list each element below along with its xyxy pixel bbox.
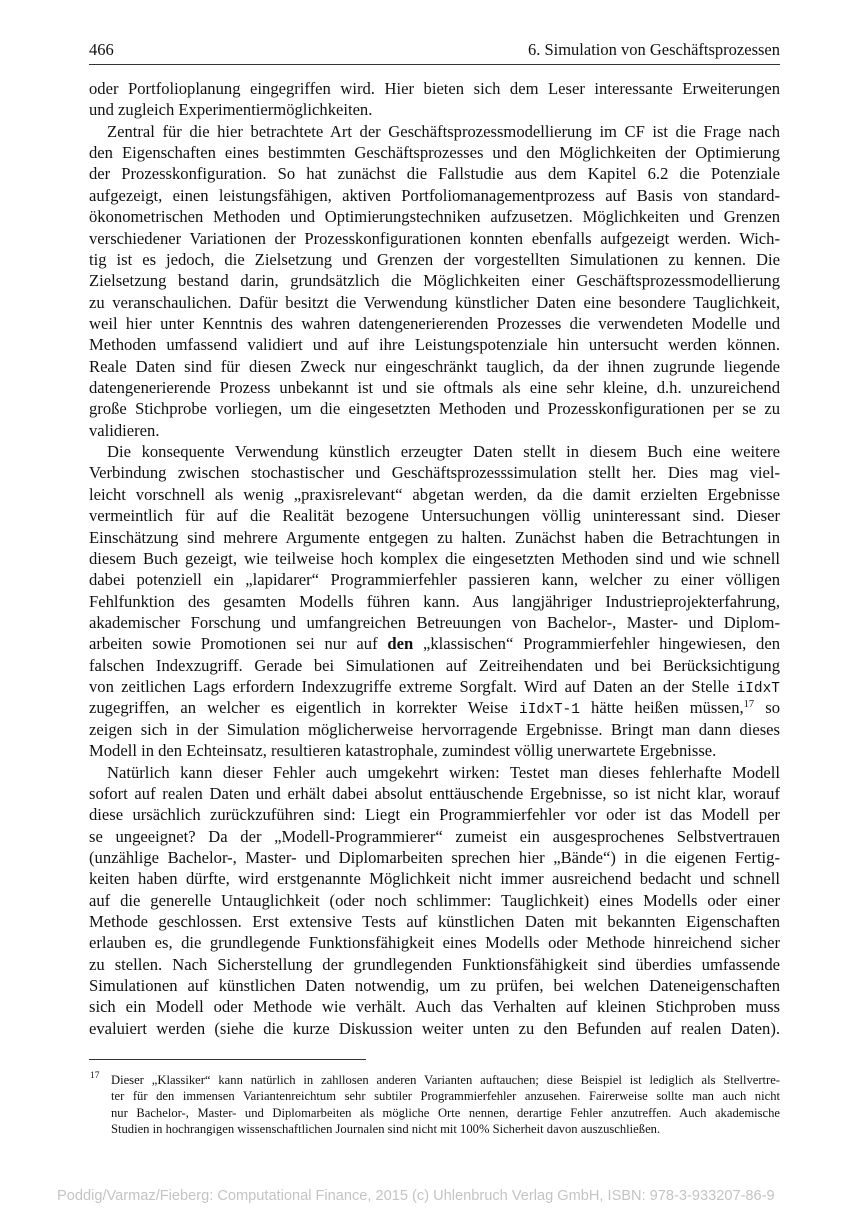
code-identifier: iIdxT bbox=[736, 681, 780, 697]
text-line: Natürlich kann dieser Fehler auch umgeke… bbox=[89, 762, 780, 783]
text-span: hätte heißen müssen, bbox=[580, 698, 744, 717]
text-line: diese ursächlich zurückzuführen sind: Li… bbox=[89, 804, 780, 825]
header-rule bbox=[89, 64, 780, 65]
text-line: sich ein Modell oder Methode wie verhält… bbox=[89, 996, 780, 1017]
footnote-line: ter für den immensen Variantenreichtum s… bbox=[111, 1088, 780, 1104]
text-line: oder Portfolioplanung eingegriffen wird.… bbox=[89, 78, 780, 99]
copyright-watermark: Poddig/Varmaz/Fieberg: Computational Fin… bbox=[57, 1188, 775, 1204]
book-page: 466 6. Simulation von Geschäftsprozessen… bbox=[0, 0, 867, 1227]
text-line: sofort auf realen Daten und erhält dabei… bbox=[89, 783, 780, 804]
text-line: tig ist es jedoch, die Zielsetzung und G… bbox=[89, 249, 780, 270]
text-line: validieren. bbox=[89, 420, 780, 441]
footnote-marker: 17 bbox=[90, 1071, 100, 1081]
text-line: weil hier unter Kenntnis des wahren date… bbox=[89, 313, 780, 334]
text-line: ökonometrischen Methoden und Optimierung… bbox=[89, 206, 780, 227]
text-line: Fehlfunktion des gesamten Modells führen… bbox=[89, 591, 780, 612]
text-line: erlauben es, die grundlegende Funktionsf… bbox=[89, 932, 780, 953]
text-line: akademischer Forschung und umfangreichen… bbox=[89, 612, 780, 633]
text-line: falschen Indexzugriff. Gerade bei Simula… bbox=[89, 655, 780, 676]
text-line: zeigen sich in der Simulation möglicherw… bbox=[89, 719, 780, 740]
text-span: von zeitlichen Lags erfordern Indexzugri… bbox=[89, 677, 736, 696]
text-line: und zugleich Experimentiermöglichkeiten. bbox=[89, 99, 780, 120]
text-line: verschiedener Variationen der Prozesskon… bbox=[89, 228, 780, 249]
text-line: datengenerierende Prozess unbekannt ist … bbox=[89, 377, 780, 398]
text-line: se ungeeignet? Da der „Modell-Programmie… bbox=[89, 826, 780, 847]
page-number: 466 bbox=[89, 40, 114, 60]
footnote-line: nur Bachelor-, Master- und Diplomarbeite… bbox=[111, 1105, 780, 1121]
text-line: Methoden umfassend validiert und auf ihr… bbox=[89, 334, 780, 355]
text-line: Zentral für die hier betrachtete Art der… bbox=[89, 121, 780, 142]
text-line: Modell in den Echteinsatz, resultieren k… bbox=[89, 740, 780, 761]
text-line: Methode geschlossen. Erst extensive Test… bbox=[89, 911, 780, 932]
text-line: vermeintlich für auf die Realität bezoge… bbox=[89, 505, 780, 526]
text-line: Verbindung zwischen stochastischer und G… bbox=[89, 462, 780, 483]
text-line: (unzählige Bachelor-, Master- und Diplom… bbox=[89, 847, 780, 868]
text-line: dabei potenziell ein „lapidarer“ Program… bbox=[89, 569, 780, 590]
text-line: Simulationen auf künstlichen Daten notwe… bbox=[89, 975, 780, 996]
text-line: Die konsequente Verwendung künstlich erz… bbox=[89, 441, 780, 462]
footnote-line: Studien in hochrangigen wissenschaftlich… bbox=[111, 1121, 780, 1137]
text-line: auf die generelle Untauglichkeit (oder n… bbox=[89, 890, 780, 911]
text-line: Zielsetzung bestand darin, grundsätzlich… bbox=[89, 270, 780, 291]
text-line: leicht vorschnell als wenig „praxisrelev… bbox=[89, 484, 780, 505]
text-line: keiten haben dürfte, wird erstgenannte M… bbox=[89, 868, 780, 889]
text-line: arbeiten sowie Promotionen sei nur auf d… bbox=[89, 633, 780, 654]
footnote-reference[interactable]: 17 bbox=[744, 699, 755, 710]
text-line: aufgezeigt, einen leistungsfähigen, akti… bbox=[89, 185, 780, 206]
text-line: den Eigenschaften eines bestimmten Gesch… bbox=[89, 142, 780, 163]
text-span: zugegriffen, an welcher es eigentlich in… bbox=[89, 698, 519, 717]
text-line: der Prozesskonfiguration. So hat zunächs… bbox=[89, 163, 780, 184]
text-line: diesem Buch gezeigt, wie teilweise hoch … bbox=[89, 548, 780, 569]
chapter-title: 6. Simulation von Geschäftsprozessen bbox=[528, 40, 780, 60]
footnote-rule bbox=[89, 1059, 366, 1060]
code-identifier: iIdxT-1 bbox=[519, 702, 580, 718]
text-line: zu stellen. Nach Sicherstellung der grun… bbox=[89, 954, 780, 975]
emphasis-den: den bbox=[387, 634, 413, 653]
footnote-line: Dieser „Klassiker“ kann natürlich in zah… bbox=[111, 1072, 780, 1088]
text-span: so bbox=[754, 698, 780, 717]
text-line: Reale Daten sind für diesen Zweck nur ei… bbox=[89, 356, 780, 377]
text-span: „klassischen“ Programmierfehler hingewie… bbox=[413, 634, 780, 653]
text-line: Einschätzung sind mehrere Argumente entg… bbox=[89, 527, 780, 548]
text-line: zu veranschaulichen. Dafür besitzt die V… bbox=[89, 292, 780, 313]
footnote-17: 17 Dieser „Klassiker“ kann natürlich in … bbox=[89, 1072, 780, 1138]
text-line: von zeitlichen Lags erfordern Indexzugri… bbox=[89, 676, 780, 697]
text-span: arbeiten sowie Promotionen sei nur auf bbox=[89, 634, 387, 653]
running-head: 466 6. Simulation von Geschäftsprozessen bbox=[89, 40, 780, 64]
text-line: evaluiert werden (siehe die kurze Diskus… bbox=[89, 1018, 780, 1039]
text-line: zugegriffen, an welcher es eigentlich in… bbox=[89, 697, 780, 718]
text-line: große Stichprobe vorliegen, um die einge… bbox=[89, 398, 780, 419]
footnote-text: Dieser „Klassiker“ kann natürlich in zah… bbox=[111, 1072, 780, 1138]
body-text: oder Portfolioplanung eingegriffen wird.… bbox=[89, 78, 780, 1039]
